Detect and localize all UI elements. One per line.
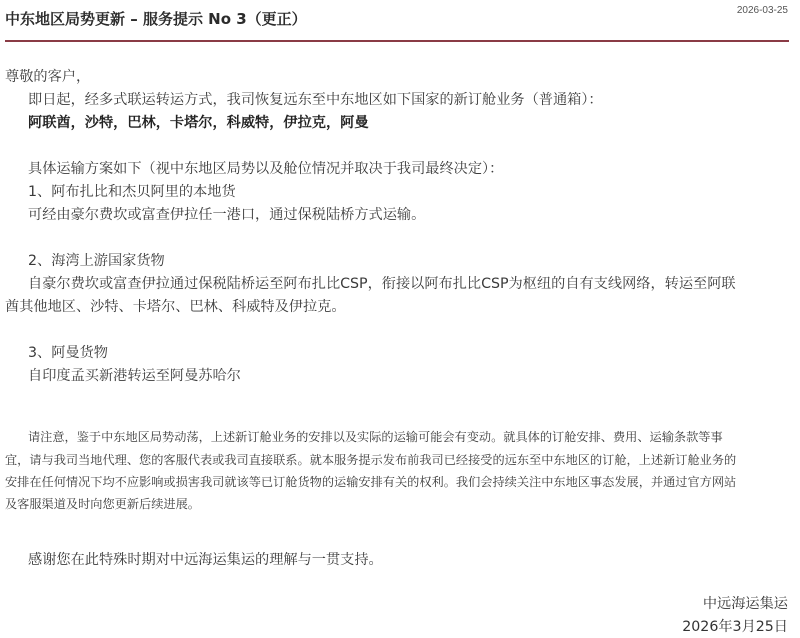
page-title: 中东地区局势更新 – 服务提示 No 3（更正） bbox=[5, 8, 307, 29]
section-3-text: 自印度孟买新港转运至阿曼苏哈尔 bbox=[28, 366, 241, 386]
section-2-text-line-1: 自豪尔费坎或富查伊拉通过保税陆桥运至阿布扎比CSP，衔接以阿布扎比CSP为枢纽的… bbox=[28, 274, 736, 294]
country-list: 阿联酋，沙特，巴林，卡塔尔，科威特，伊拉克，阿曼 bbox=[28, 113, 369, 133]
intro-paragraph: 即日起，经多式联运转运方式，我司恢复远东至中东地区如下国家的新订舱业务（普通箱）… bbox=[28, 90, 603, 110]
section-2-text-line-2: 酋其他地区、沙特、卡塔尔、巴林、科威特及伊拉克。 bbox=[5, 297, 346, 317]
notice-line-2: 宜，请与我司当地代理、您的客服代表或我司直接联系。就本服务提示发布前我司已经接受… bbox=[5, 450, 736, 470]
section-1-text: 可经由豪尔费坎或富查伊拉任一港口，通过保税陆桥方式运输。 bbox=[28, 205, 425, 225]
salutation: 尊敬的客户， bbox=[5, 67, 90, 87]
signature-date: 2026年3月25日 bbox=[682, 616, 788, 636]
notice-header: 中东地区局势更新 – 服务提示 No 3（更正） 2026-03-25 bbox=[0, 0, 800, 42]
section-2-heading: 2、海湾上游国家货物 bbox=[28, 251, 165, 271]
notice-line-4: 及客服渠道及时向您更新后续进展。 bbox=[5, 494, 200, 514]
header-divider bbox=[5, 40, 789, 42]
publish-date: 2026-03-25 bbox=[737, 5, 788, 16]
thanks-line: 感谢您在此特殊时期对中远海运集运的理解与一贯支持。 bbox=[28, 550, 383, 570]
plan-intro: 具体运输方案如下（视中东地区局势以及舱位情况并取决于我司最终决定）： bbox=[28, 159, 503, 179]
signature-company: 中远海运集运 bbox=[703, 593, 788, 613]
section-1-heading: 1、阿布扎比和杰贝阿里的本地货 bbox=[28, 182, 236, 202]
section-3-heading: 3、阿曼货物 bbox=[28, 343, 108, 363]
notice-line-3: 安排在任何情况下均不应影响或损害我司就该等已订舱货物的运输安排有关的权利。我们会… bbox=[5, 472, 736, 492]
notice-line-1: 请注意，鉴于中东地区局势动荡，上述新订舱业务的安排以及实际的运输可能会有变动。就… bbox=[28, 427, 723, 447]
